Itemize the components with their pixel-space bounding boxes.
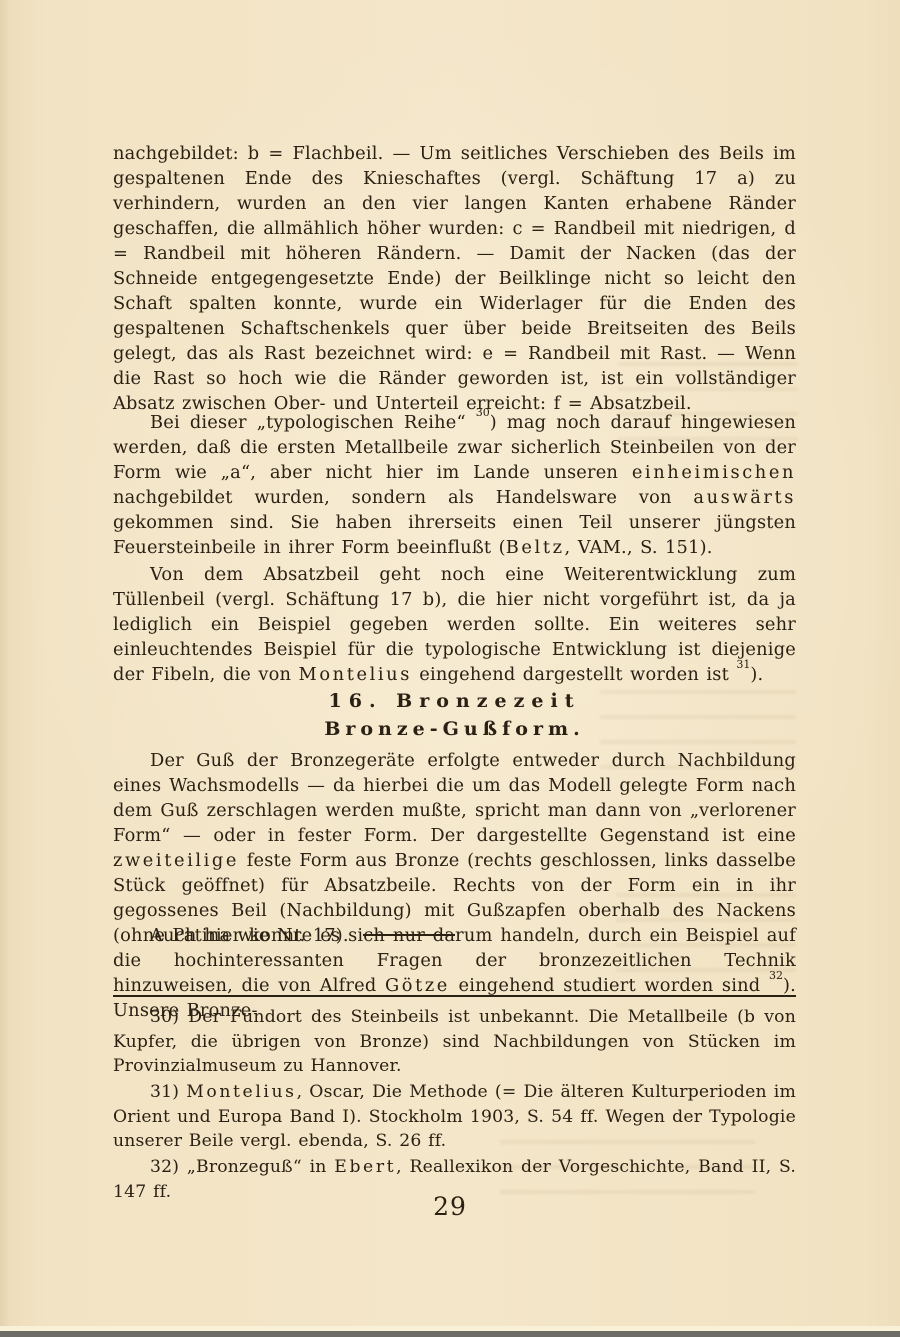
emphasized-name: zweiteilige <box>113 850 239 871</box>
emphasized-name: einheimischen <box>632 462 796 483</box>
footnote-31: 31) Montelius, Oscar, Die Methode (= Die… <box>113 1080 796 1154</box>
emphasized-name: Beltz <box>506 537 565 558</box>
emphasized-name: Montelius <box>299 664 412 685</box>
body-paragraph-1: nachgebildet: b = Flachbeil. — Um seitli… <box>113 141 796 416</box>
text-run: eingehend studiert worden sind <box>450 975 769 996</box>
text-run: eingehend dargestellt worden ist <box>412 664 736 685</box>
section-heading-subtitle: Bronze-Gußform. <box>113 718 796 740</box>
section-heading: 16. Bronzezeit Bronze-Gußform. <box>113 690 796 740</box>
footnote-separator-rule <box>113 995 796 997</box>
page-number: 29 <box>0 1192 900 1221</box>
text-run: 30) Der Fundort des Steinbeils ist unbek… <box>113 1007 796 1076</box>
emphasized-name: auswärts <box>693 487 796 508</box>
text-run: Bei dieser „typologischen Reihe“ <box>150 412 476 433</box>
emphasized-name: Ebert <box>334 1157 396 1177</box>
footnote-reference: 32 <box>769 969 783 982</box>
text-run: nachgebildet: b = Flachbeil. — Um seitli… <box>113 143 796 414</box>
body-paragraph-2: Bei dieser „typologischen Reihe“ 30) mag… <box>113 410 796 560</box>
text-run: 32) „Bronzeguß“ in <box>150 1157 334 1177</box>
emphasized-name: Montelius <box>186 1082 296 1102</box>
section-heading-number-title: 16. Bronzezeit <box>113 690 796 712</box>
body-paragraph-3: Von dem Absatzbeil geht noch eine Weiter… <box>113 562 796 687</box>
text-run: ). <box>750 664 763 685</box>
emphasized-name: Götze <box>385 975 450 996</box>
book-page-scan: nachgebildet: b = Flachbeil. — Um seitli… <box>0 0 900 1337</box>
text-run: 31) <box>150 1082 186 1102</box>
text-run: , VAM., S. 151). <box>565 537 713 558</box>
scanner-edge-strip <box>0 1331 900 1337</box>
footnote-reference: 30 <box>476 406 490 419</box>
text-run: nachgebildet wurden, sondern als Handels… <box>113 487 693 508</box>
text-run: Der Guß der Bronzegeräte erfolgte entwed… <box>113 750 796 846</box>
footnote-30: 30) Der Fundort des Steinbeils ist unbek… <box>113 1005 796 1079</box>
body-paragraph-4: Der Guß der Bronzegeräte erfolgte entwed… <box>113 748 796 948</box>
footnote-reference: 31 <box>736 658 750 671</box>
